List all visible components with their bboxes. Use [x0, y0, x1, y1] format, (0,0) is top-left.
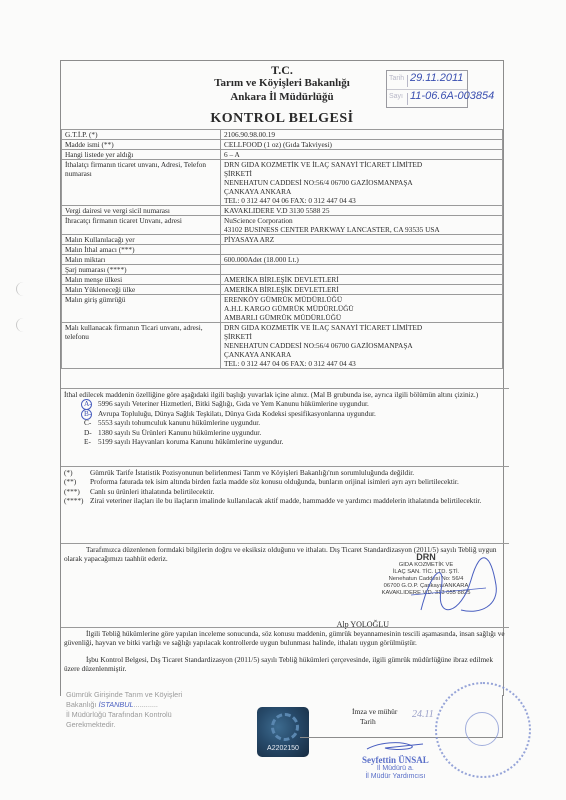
registry-number-value: 11-06.6A-003854: [410, 90, 494, 102]
customs-stamp-line: Gümrük Girişinde Tarım ve Köyişleri: [66, 690, 182, 700]
form-row: Malı kullanacak firmanın Ticari unvanı, …: [62, 323, 503, 369]
document-title: KONTROL BELGESİ: [61, 111, 503, 127]
footnote-mark: (***): [64, 487, 90, 496]
form-value-line: DRN GIDA KOZMETİK VE İLAÇ SANAYİ TİCARET…: [224, 160, 499, 169]
option-item: B-Avrupa Topluluğu, Dünya Sağlık Teşkila…: [64, 409, 506, 418]
form-row-label: Şarj numarası (****): [62, 265, 221, 275]
option-text: Avrupa Topluluğu, Dünya Sağlık Teşkilatı…: [98, 409, 376, 418]
footnote-text: Gümrük Tarife İstatistik Pozisyonunun be…: [90, 468, 414, 477]
footnote-mark: (**): [64, 477, 90, 486]
form-value-line: ÇANKAYA ANKARA: [224, 350, 499, 359]
footnote-text: Zirai veteriner ilaçları ile bu ilaçları…: [90, 496, 481, 505]
approval-section: İlgili Tebliğ hükümlerine göre yapılan i…: [61, 627, 509, 699]
form-row: Malın Yükleneceği ülkeAMERİKA BİRLEŞİK D…: [62, 285, 503, 295]
form-table: G.T.İ.P. (*)2106.90.98.00.19Madde ismi (…: [61, 129, 503, 369]
approval-paragraph-1: İlgili Tebliğ hükümlerine göre yapılan i…: [64, 629, 506, 648]
gear-icon: [271, 713, 299, 741]
footnote: (***)Canlı su ürünleri ithalatında belir…: [64, 487, 506, 496]
punch-hole-mark: [16, 318, 31, 332]
instruction-section: İthal edilecek maddenin özelliğine göre …: [61, 388, 509, 447]
form-value-line: AMERİKA BİRLEŞİK DEVLETLERİ: [224, 285, 499, 294]
option-key: E-: [84, 437, 98, 446]
form-value-line: AMBARLI GÜMRÜK MÜDÜRLÜĞÜ: [224, 313, 499, 322]
form-row: G.T.İ.P. (*)2106.90.98.00.19: [62, 130, 503, 140]
form-value-line: ÇANKAYA ANKARA: [224, 187, 499, 196]
option-item: A-5996 sayılı Veteriner Hizmetleri, Bitk…: [64, 399, 506, 408]
footnote-text: Proforma faturada tek isim altında birde…: [90, 477, 459, 486]
form-value-line: TEL: 0 312 447 04 06 FAX: 0 312 447 04 4…: [224, 359, 499, 368]
form-row-value: AMERİKA BİRLEŞİK DEVLETLERİ: [221, 275, 503, 285]
form-value-line: 2106.90.98.00.19: [224, 130, 499, 139]
option-text: 1380 sayılı Su Ürünleri Kanunu hükümleri…: [98, 428, 261, 437]
option-key: A-: [84, 399, 98, 408]
form-value-line: NENEHATUN CADDESİ NO:56/4 06700 GAZİOSMA…: [224, 341, 499, 350]
option-key: D-: [84, 428, 98, 437]
option-item: E-5199 sayılı Hayvanları koruma Kanunu h…: [64, 437, 506, 446]
form-value-line: 6 – A: [224, 150, 499, 159]
official-title: İl Müdürü a.: [362, 765, 429, 773]
option-item: C-5553 sayılı tohumculuk kanunu hükümler…: [64, 418, 506, 427]
form-value-line: KAVAKLIDERE V.D 3130 5588 25: [224, 206, 499, 215]
option-item: D-1380 sayılı Su Ürünleri Kanunu hükümle…: [64, 428, 506, 437]
form-row-value: DRN GIDA KOZMETİK VE İLAÇ SANAYİ TİCARET…: [221, 160, 503, 206]
date-label: Tarih: [360, 717, 376, 726]
form-value-line: TEL: 0 312 447 04 06 FAX: 0 312 447 04 4…: [224, 196, 499, 205]
official-name: Seyfettin ÜNSAL: [362, 755, 429, 765]
form-row: Malın giriş gümrüğüERENKÖY GÜMRÜK MÜDÜRL…: [62, 295, 503, 323]
form-row-value: [221, 245, 503, 255]
customs-stamp-city: İSTANBUL: [98, 700, 133, 709]
declaration-section: Tarafımızca düzenlenen formdaki bilgiler…: [61, 543, 509, 630]
official-seal-icon: [435, 682, 531, 778]
form-row-label: İhracatçı firmanın ticaret Unvanı, adres…: [62, 216, 221, 235]
option-text: 5996 sayılı Veteriner Hizmetleri, Bitki …: [98, 399, 369, 408]
form-row-label: Vergi dairesi ve vergi sicil numarası: [62, 206, 221, 216]
hologram-code: A2202150: [257, 745, 309, 752]
approval-paragraph-2: İşbu Kontrol Belgesi, Dış Ticaret Standa…: [64, 655, 506, 674]
signature-scribble-icon: [391, 550, 501, 620]
official-title: İl Müdür Yardımcısı: [362, 773, 429, 781]
form-row: Madde ismi (**)CELLFOOD (1 oz) (Gıda Tak…: [62, 140, 503, 150]
signature-label: İmza ve mühür: [352, 707, 397, 716]
form-row-value: NuScience Corporation43102 BUSINESS CENT…: [221, 216, 503, 235]
handwritten-date: 24.11: [412, 709, 434, 720]
form-row-value: 6 – A: [221, 150, 503, 160]
form-value-line: DRN GIDA KOZMETİK VE İLAÇ SANAYİ TİCARET…: [224, 323, 499, 332]
official-signature-stamp: Seyfettin ÜNSAL İl Müdürü a. İl Müdür Ya…: [362, 740, 429, 781]
form-value-line: PİYASAYA ARZ: [224, 235, 499, 244]
form-row-value: 2106.90.98.00.19: [221, 130, 503, 140]
form-row-value: KAVAKLIDERE V.D 3130 5588 25: [221, 206, 503, 216]
form-row: Vergi dairesi ve vergi sicil numarasıKAV…: [62, 206, 503, 216]
footnote-mark: (****): [64, 496, 90, 505]
form-value-line: [224, 245, 499, 254]
form-row-label: Malın Yükleneceği ülke: [62, 285, 221, 295]
footnote-text: Canlı su ürünleri ithalatında belirtilec…: [90, 487, 214, 496]
form-row-label: Madde ismi (**): [62, 140, 221, 150]
form-row-label: Malı kullanacak firmanın Ticari unvanı, …: [62, 323, 221, 369]
signature-icon: [365, 740, 425, 752]
form-row-label: Hangi listede yer aldığı: [62, 150, 221, 160]
form-row-value: 600.000Adet (18.000 Lt.): [221, 255, 503, 265]
option-text: 5553 sayılı tohumculuk kanunu hükümlerin…: [98, 418, 260, 427]
form-row-label: Malın giriş gümrüğü: [62, 295, 221, 323]
footnotes-section: (*)Gümrük Tarife İstatistik Pozisyonunun…: [61, 466, 509, 507]
footnote: (**)Proforma faturada tek isim altında b…: [64, 477, 506, 486]
form-row-label: Malın İthal amacı (***): [62, 245, 221, 255]
footnote: (****)Zirai veteriner ilaçları ile bu il…: [64, 496, 506, 505]
form-value-line: CELLFOOD (1 oz) (Gıda Takviyesi): [224, 140, 499, 149]
form-row: Malın İthal amacı (***): [62, 245, 503, 255]
form-row: Hangi listede yer aldığı6 – A: [62, 150, 503, 160]
form-row: Malın Kullanılacağı yerPİYASAYA ARZ: [62, 235, 503, 245]
form-value-line: 600.000Adet (18.000 Lt.): [224, 255, 499, 264]
form-row: Şarj numarası (****): [62, 265, 503, 275]
footnote-mark: (*): [64, 468, 90, 477]
form-value-line: AMERİKA BİRLEŞİK DEVLETLERİ: [224, 275, 499, 284]
customs-control-stamp: Gümrük Girişinde Tarım ve Köyişleri Baka…: [66, 690, 182, 730]
form-value-line: ERENKÖY GÜMRÜK MÜDÜRLÜĞÜ: [224, 295, 499, 304]
form-row: Malın menşe ülkesiAMERİKA BİRLEŞİK DEVLE…: [62, 275, 503, 285]
form-value-line: ŞİRKETİ: [224, 169, 499, 178]
customs-stamp-line: Bakanlığı: [66, 700, 96, 709]
form-row-value: [221, 265, 503, 275]
option-key: B-: [84, 409, 98, 418]
form-row-label: Malın miktarı: [62, 255, 221, 265]
punch-hole-mark: [16, 282, 31, 296]
form-row-value: DRN GIDA KOZMETİK VE İLAÇ SANAYİ TİCARET…: [221, 323, 503, 369]
form-value-line: NuScience Corporation: [224, 216, 499, 225]
form-value-line: NENEHATUN CADDESİ NO:56/4 06700 GAZİOSMA…: [224, 178, 499, 187]
customs-stamp-line: Gerekmektedir.: [66, 720, 182, 730]
form-row-value: PİYASAYA ARZ: [221, 235, 503, 245]
form-row-value: ERENKÖY GÜMRÜK MÜDÜRLÜĞÜA.H.L KARGO GÜMR…: [221, 295, 503, 323]
registry-stamp: Tarih 29.11.2011 Sayı 11-06.6A-003854: [386, 70, 468, 108]
form-value-line: ŞİRKETİ: [224, 332, 499, 341]
form-row-value: CELLFOOD (1 oz) (Gıda Takviyesi): [221, 140, 503, 150]
option-text: 5199 sayılı Hayvanları koruma Kanunu hük…: [98, 437, 283, 446]
registry-date-label: Tarih: [389, 75, 408, 87]
form-row-label: İthalatçı firmanın ticaret unvanı, Adres…: [62, 160, 221, 206]
form-row: Malın miktarı600.000Adet (18.000 Lt.): [62, 255, 503, 265]
customs-stamp-line: İl Müdürlüğü Tarafından Kontrolü: [66, 710, 182, 720]
form-row: İhracatçı firmanın ticaret Unvanı, adres…: [62, 216, 503, 235]
option-key: C-: [84, 418, 98, 427]
control-certificate-form: T.C. Tarım ve Köyişleri Bakanlığı Ankara…: [60, 60, 504, 696]
form-row-label: G.T.İ.P. (*): [62, 130, 221, 140]
form-row-value: AMERİKA BİRLEŞİK DEVLETLERİ: [221, 285, 503, 295]
form-row-label: Malın menşe ülkesi: [62, 275, 221, 285]
form-value-line: 43102 BUSINESS CENTER PARKWAY LANCASTER,…: [224, 225, 499, 234]
registry-date-value: 29.11.2011: [410, 72, 463, 84]
registry-number-label: Sayı: [389, 93, 408, 105]
form-row: İthalatçı firmanın ticaret unvanı, Adres…: [62, 160, 503, 206]
form-row-label: Malın Kullanılacağı yer: [62, 235, 221, 245]
form-value-line: A.H.L KARGO GÜMRÜK MÜDÜRLÜĞÜ: [224, 304, 499, 313]
instruction-text: İthal edilecek maddenin özelliğine göre …: [64, 390, 506, 399]
form-value-line: [224, 265, 499, 274]
footnote: (*)Gümrük Tarife İstatistik Pozisyonunun…: [64, 468, 506, 477]
